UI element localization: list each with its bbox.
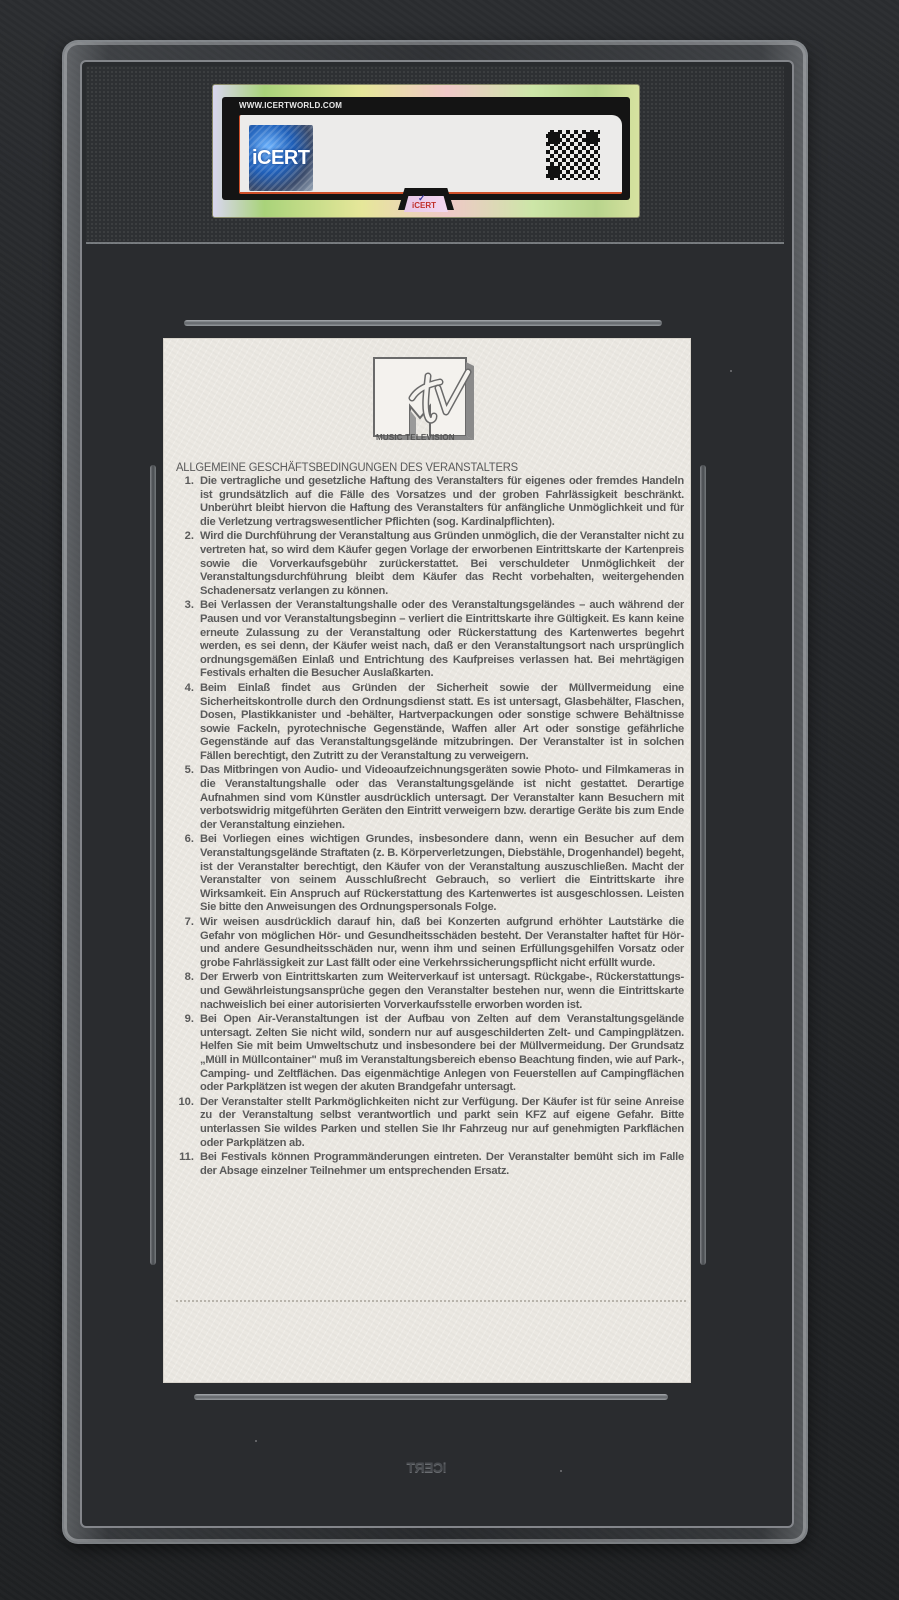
term-text: Bei Verlassen der Veranstaltungshalle od…	[200, 599, 684, 681]
terms-title: ALLGEMEINE GESCHÄFTSBEDINGUNGEN DES VERA…	[176, 460, 643, 474]
term-number: 10.	[176, 1096, 200, 1150]
term-number: 2.	[176, 530, 200, 598]
hologram-icon: iCERT	[249, 125, 313, 191]
dust-speck	[560, 1470, 562, 1472]
mtv-logo-subtitle: MUSIC TELEVISION	[376, 433, 486, 442]
term-item: 2.Wird die Durchführung der Veranstaltun…	[176, 530, 684, 598]
term-text: Die vertragliche und gesetzliche Haftung…	[200, 475, 684, 529]
term-text: Beim Einlaß findet aus Gründen der Siche…	[200, 682, 684, 764]
slab-rail-left	[150, 465, 156, 1265]
term-number: 3.	[176, 599, 200, 681]
term-number: 11.	[176, 1151, 200, 1178]
mtv-logo-icon	[370, 354, 482, 440]
qr-code-icon[interactable]	[546, 130, 600, 180]
term-number: 1.	[176, 475, 200, 529]
dust-speck	[730, 370, 732, 372]
slab-back-logo: iCERT	[407, 1459, 447, 1475]
dust-speck	[255, 1440, 257, 1442]
term-number: 4.	[176, 682, 200, 764]
term-text: Der Veranstalter stellt Parkmöglichkeite…	[200, 1096, 684, 1150]
term-item: 10.Der Veranstalter stellt Parkmöglichke…	[176, 1096, 684, 1150]
term-text: Bei Festivals können Programmänderungen …	[200, 1151, 684, 1178]
grader-logo: iCERT	[252, 147, 310, 170]
term-number: 6.	[176, 833, 200, 915]
term-text: Wird die Durchführung der Veranstaltung …	[200, 530, 684, 598]
ticket-perforation	[176, 1300, 686, 1302]
term-item: 7.Wir weisen ausdrücklich darauf hin, da…	[176, 916, 684, 970]
term-number: 9.	[176, 1013, 200, 1095]
term-item: 8.Der Erwerb von Eintrittskarten zum Wei…	[176, 971, 684, 1012]
term-item: 3.Bei Verlassen der Veranstaltungshalle …	[176, 599, 684, 681]
term-item: 9.Bei Open Air-Veranstaltungen ist der A…	[176, 1013, 684, 1095]
term-item: 5.Das Mitbringen von Audio- und Videoauf…	[176, 764, 684, 832]
term-text: Bei Vorliegen eines wichtigen Grundes, i…	[200, 833, 684, 915]
term-item: 4.Beim Einlaß findet aus Gründen der Sic…	[176, 682, 684, 764]
slab-rail-bottom	[194, 1394, 668, 1400]
term-text: Bei Open Air-Veranstaltungen ist der Auf…	[200, 1013, 684, 1095]
term-number: 8.	[176, 971, 200, 1012]
term-item: 6.Bei Vorliegen eines wichtigen Grundes,…	[176, 833, 684, 915]
slab-rail-top	[184, 320, 662, 326]
term-text: Wir weisen ausdrücklich darauf hin, daß …	[200, 916, 684, 970]
term-item: 1.Die vertragliche und gesetzliche Haftu…	[176, 475, 684, 529]
term-item: 11.Bei Festivals können Programmänderung…	[176, 1151, 684, 1178]
term-text: Der Erwerb von Eintrittskarten zum Weite…	[200, 971, 684, 1012]
notch-logo: iCERT	[412, 201, 436, 210]
terms-list: 1.Die vertragliche und gesetzliche Haftu…	[176, 475, 684, 1178]
term-number: 7.	[176, 916, 200, 970]
grader-url: WWW.ICERTWORLD.COM	[239, 101, 342, 110]
term-text: Das Mitbringen von Audio- und Videoaufze…	[200, 764, 684, 832]
term-number: 5.	[176, 764, 200, 832]
terms-section: ALLGEMEINE GESCHÄFTSBEDINGUNGEN DES VERA…	[176, 460, 684, 1179]
slab-rail-right	[700, 465, 706, 1265]
